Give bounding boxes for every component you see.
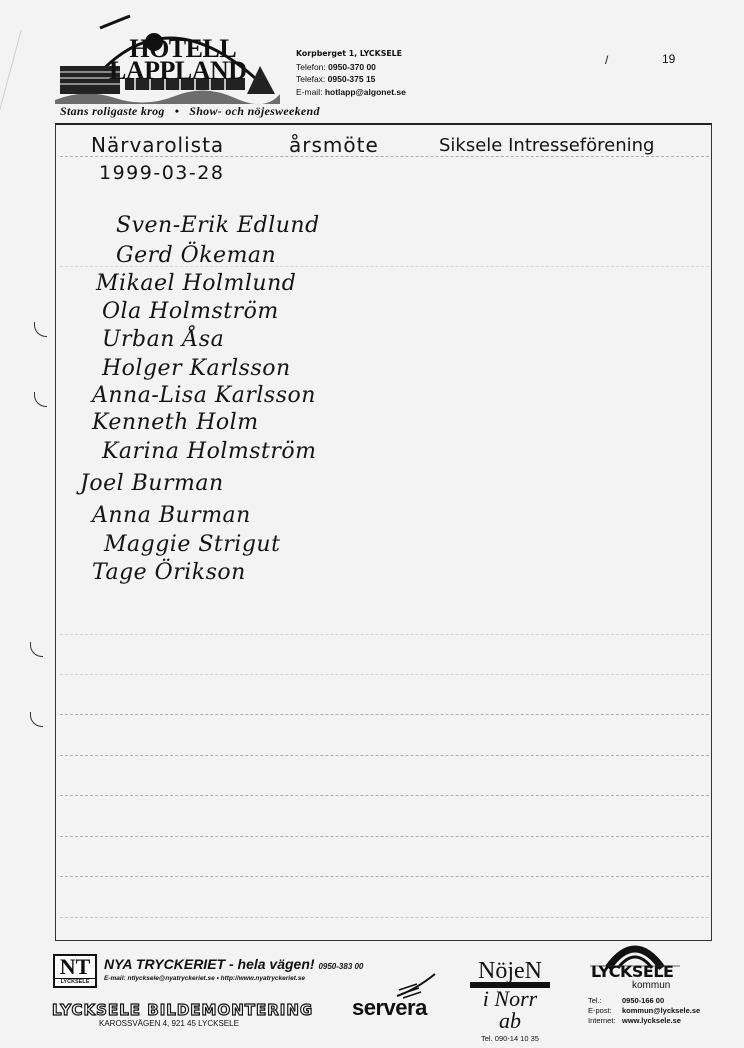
ruled-line <box>60 755 709 756</box>
nojen-phone: Tel. 090-14 10 35 <box>470 1034 550 1043</box>
attendance-form: Närvarolista årsmöte Siksele Intresseför… <box>55 123 712 941</box>
signature-line: Mikael Holmlund <box>96 271 296 296</box>
lycksele-contact-block: Tel.:0950-166 00 E-post:kommun@lycksele.… <box>588 996 700 1026</box>
punch-hole-mark <box>34 392 47 407</box>
ruled-line <box>60 714 709 715</box>
signature-line: Urban Åsa <box>102 327 224 352</box>
signature-line: Maggie Strigut <box>104 532 280 557</box>
form-title-meeting: årsmöte <box>289 133 379 157</box>
nojen-line-1: NöjeN <box>470 960 550 988</box>
nya-tryckeriet-phone: 0950-383 00 <box>318 962 363 971</box>
hotel-phone-row: Telefon: 0950-370 00 <box>296 61 406 74</box>
punch-hole-mark <box>34 322 47 337</box>
nt-logo: NT LYCKSELE <box>53 954 97 988</box>
ruled-line <box>60 674 709 675</box>
email-label: E-mail: <box>296 87 322 97</box>
tagline-separator: • <box>175 104 180 118</box>
hotel-contact-block: Korpberget 1, LYCKSELE Telefon: 0950-370… <box>296 48 406 98</box>
logo-line-2: LAPPLAND <box>109 60 247 82</box>
signature-line: Joel Burman <box>80 471 224 496</box>
ruled-line <box>60 795 709 796</box>
hotel-fax-row: Telefax: 0950-375 15 <box>296 73 406 86</box>
nt-logo-sub: LYCKSELE <box>55 978 95 986</box>
tagline-right: Show- och nöjesweekend <box>189 104 320 118</box>
signature-line: Anna Burman <box>92 503 251 528</box>
lycksele-kommun-label: kommun <box>632 980 670 991</box>
ruled-line <box>60 836 709 837</box>
fax-value: 0950-375 15 <box>328 74 376 84</box>
hotel-email-row: E-mail: hotlapp@algonet.se <box>296 86 406 99</box>
signature-line: Kenneth Holm <box>92 410 259 435</box>
hotel-street: Korpberget 1, LYCKSELE <box>296 48 406 61</box>
hotel-tagline: Stans roligaste krog•Show- och nöjesweek… <box>60 104 320 119</box>
email-value: hotlapp@algonet.se <box>325 87 406 97</box>
page-number: 19 <box>662 52 675 66</box>
signature-line: Tage Örikson <box>92 560 246 585</box>
lycksele-email-label: E-post: <box>588 1006 622 1016</box>
form-title-association: Siksele Intresseförening <box>439 135 654 156</box>
signature-line: Gerd Ökeman <box>116 243 276 268</box>
nojen-line-2: i Norr ab <box>470 988 550 1032</box>
lycksele-wordmark: LYCKSELE <box>591 962 673 981</box>
punch-hole-mark <box>30 712 43 727</box>
lycksele-email: kommun@lycksele.se <box>622 1006 700 1015</box>
signature-line: Anna-Lisa Karlsson <box>92 383 316 408</box>
fax-label: Telefax: <box>296 74 325 84</box>
phone-value: 0950-370 00 <box>328 62 376 72</box>
tagline-left: Stans roligaste krog <box>60 104 165 118</box>
form-title-attendance: Närvarolista <box>91 133 224 157</box>
nya-tryckeriet-heading: NYA TRYCKERIET - hela vägen! 0950-383 00 <box>104 956 363 972</box>
servera-logo: servera <box>352 995 427 1021</box>
lycksele-web: www.lycksele.se <box>622 1016 681 1025</box>
logo-wordmark: HOTELL LAPPLAND <box>119 38 247 82</box>
bildemontering-address: KAROSSVÄGEN 4, 921 45 LYCKSELE <box>99 1019 239 1028</box>
scan-edge-mark <box>0 30 22 110</box>
lycksele-web-label: Internet: <box>588 1016 622 1026</box>
lycksele-tel: 0950-166 00 <box>622 996 664 1005</box>
signature-line: Karina Holmström <box>102 439 316 464</box>
ruled-line <box>60 634 709 635</box>
signature-line: Sven-Erik Edlund <box>116 213 320 238</box>
nya-tryckeriet-name: NYA TRYCKERIET - hela vägen! <box>104 956 315 972</box>
signature-line: Ola Holmström <box>102 299 279 324</box>
nt-logo-mark: NT <box>55 956 95 978</box>
bildemontering-logo: LYCKSELE BILDEMONTERING <box>52 1001 313 1019</box>
nojen-i-norr-logo: NöjeN i Norr ab Tel. 090-14 10 35 <box>470 960 550 1043</box>
page-slash: / <box>605 53 608 67</box>
lycksele-tel-label: Tel.: <box>588 996 622 1006</box>
phone-label: Telefon: <box>296 62 326 72</box>
form-date: 1999-03-28 <box>99 162 224 184</box>
ruled-line <box>60 917 709 918</box>
ruled-line <box>60 876 709 877</box>
nya-tryckeriet-contact: E-mail: ntlycksele@nyatryckeriet.se • ht… <box>104 975 305 982</box>
signature-line: Holger Karlsson <box>102 356 291 381</box>
hotell-lappland-logo: HOTELL LAPPLAND <box>55 8 285 108</box>
punch-hole-mark <box>30 642 43 657</box>
